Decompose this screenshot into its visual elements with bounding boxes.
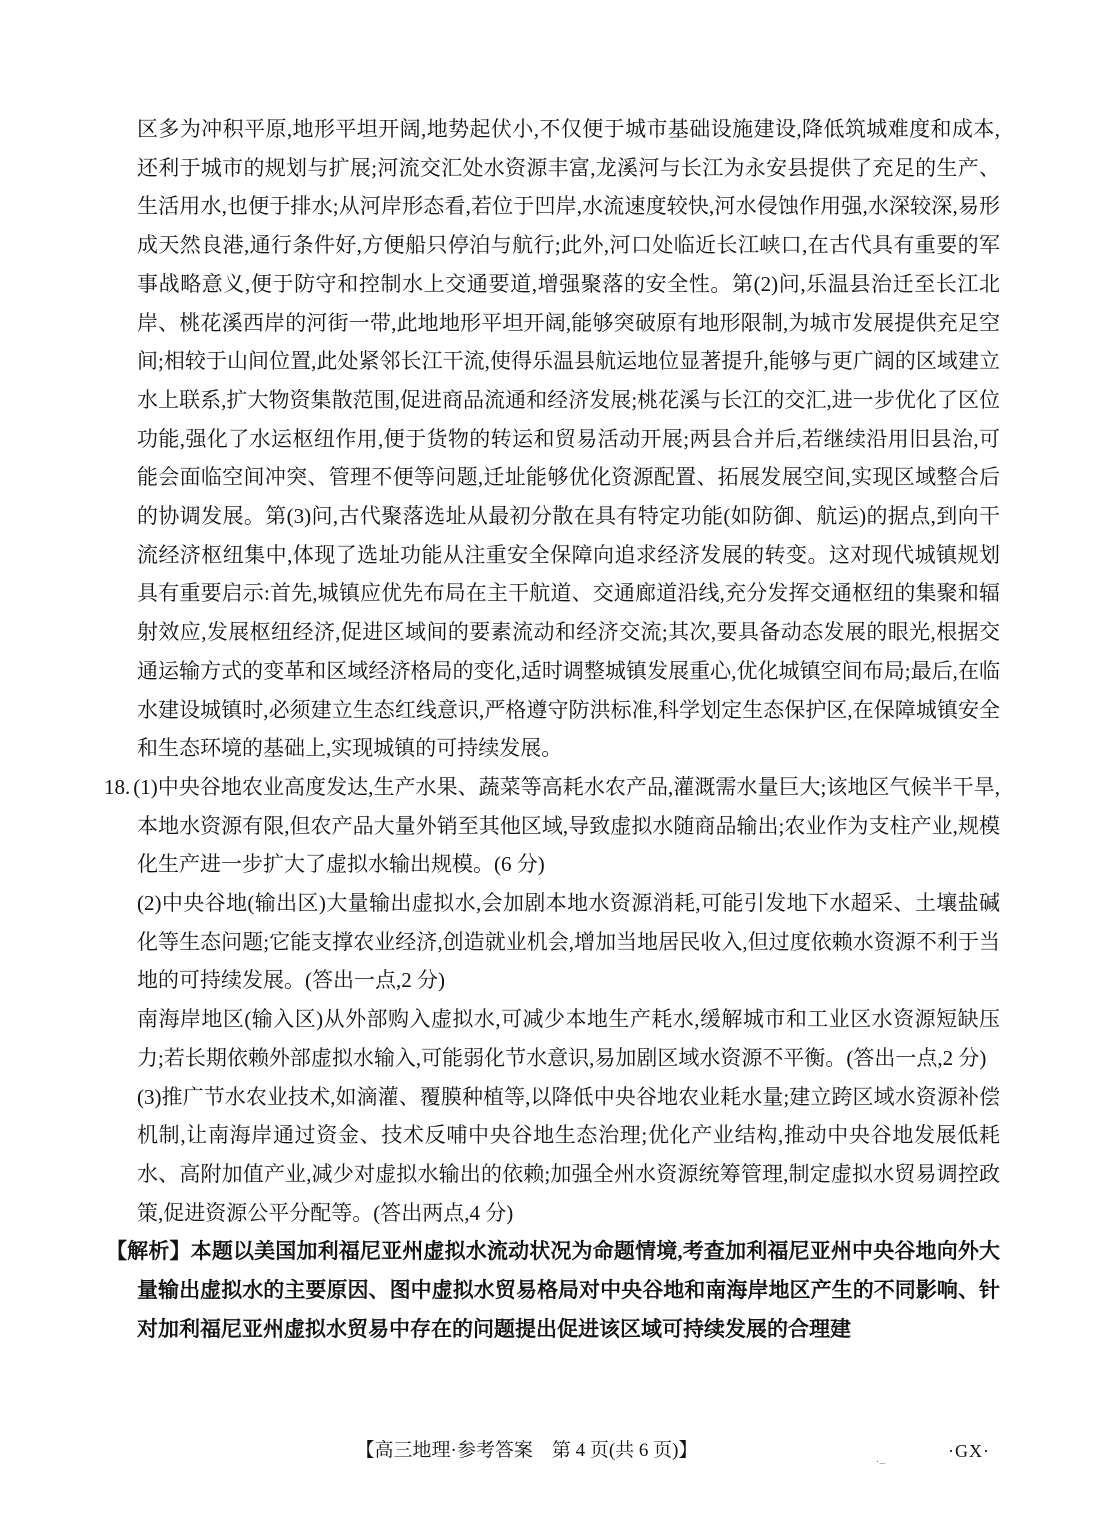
answer-18: 18.(1)中央谷地农业高度发达,生产水果、蔬菜等高耗水农产品,灌溉需水量巨大;… [137, 768, 1000, 1349]
footer-code: ·GX· [948, 1436, 990, 1466]
answers-text-block: 区多为冲积平原,地形平坦开阔,地势起伏小,不仅便于城市基础设施建设,降低筑城难度… [137, 110, 1000, 1349]
answer-18-part-2-output: (2)中央谷地(输出区)大量输出虚拟水,会加剧本地水资源消耗,可能引发地下水超采… [137, 884, 1000, 1000]
analysis-label: 【解析】 [106, 1239, 191, 1263]
answer-17-continuation: 区多为冲积平原,地形平坦开阔,地势起伏小,不仅便于城市基础设施建设,降低筑城难度… [137, 110, 1000, 768]
scan-artifact-mark: ._ [876, 1444, 886, 1474]
answer-18-analysis: 【解析】本题以美国加利福尼亚州虚拟水流动状况为命题情境,考查加利福尼亚州中央谷地… [137, 1232, 1000, 1348]
answer-18-part-1: 18.(1)中央谷地农业高度发达,生产水果、蔬菜等高耗水农产品,灌溉需水量巨大;… [137, 768, 1000, 884]
analysis-text: 本题以美国加利福尼亚州虚拟水流动状况为命题情境,考查加利福尼亚州中央谷地向外大量… [137, 1239, 1000, 1340]
answer-18-part-3: (3)推广节水农业技术,如滴灌、覆膜种植等,以降低中央谷地农业耗水量;建立跨区域… [137, 1078, 1000, 1233]
question-18-number: 18. [104, 775, 133, 799]
answer-18-part-2-input: 南海岸地区(输入区)从外部购入虚拟水,可减少本地生产耗水,缓解城市和工业区水资源… [137, 1000, 1000, 1077]
answer-18-part-1-text: (1)中央谷地农业高度发达,生产水果、蔬菜等高耗水农产品,灌溉需水量巨大;该地区… [133, 775, 1000, 876]
answer-sheet-page: 区多为冲积平原,地形平坦开阔,地势起伏小,不仅便于城市基础设施建设,降低筑城难度… [0, 0, 1093, 1536]
page-footer: 【高三地理·参考答案 第 4 页(共 6 页)】 ._ ·GX· [0, 1436, 1093, 1466]
footer-page-info: 【高三地理·参考答案 第 4 页(共 6 页)】 [0, 1436, 1073, 1466]
